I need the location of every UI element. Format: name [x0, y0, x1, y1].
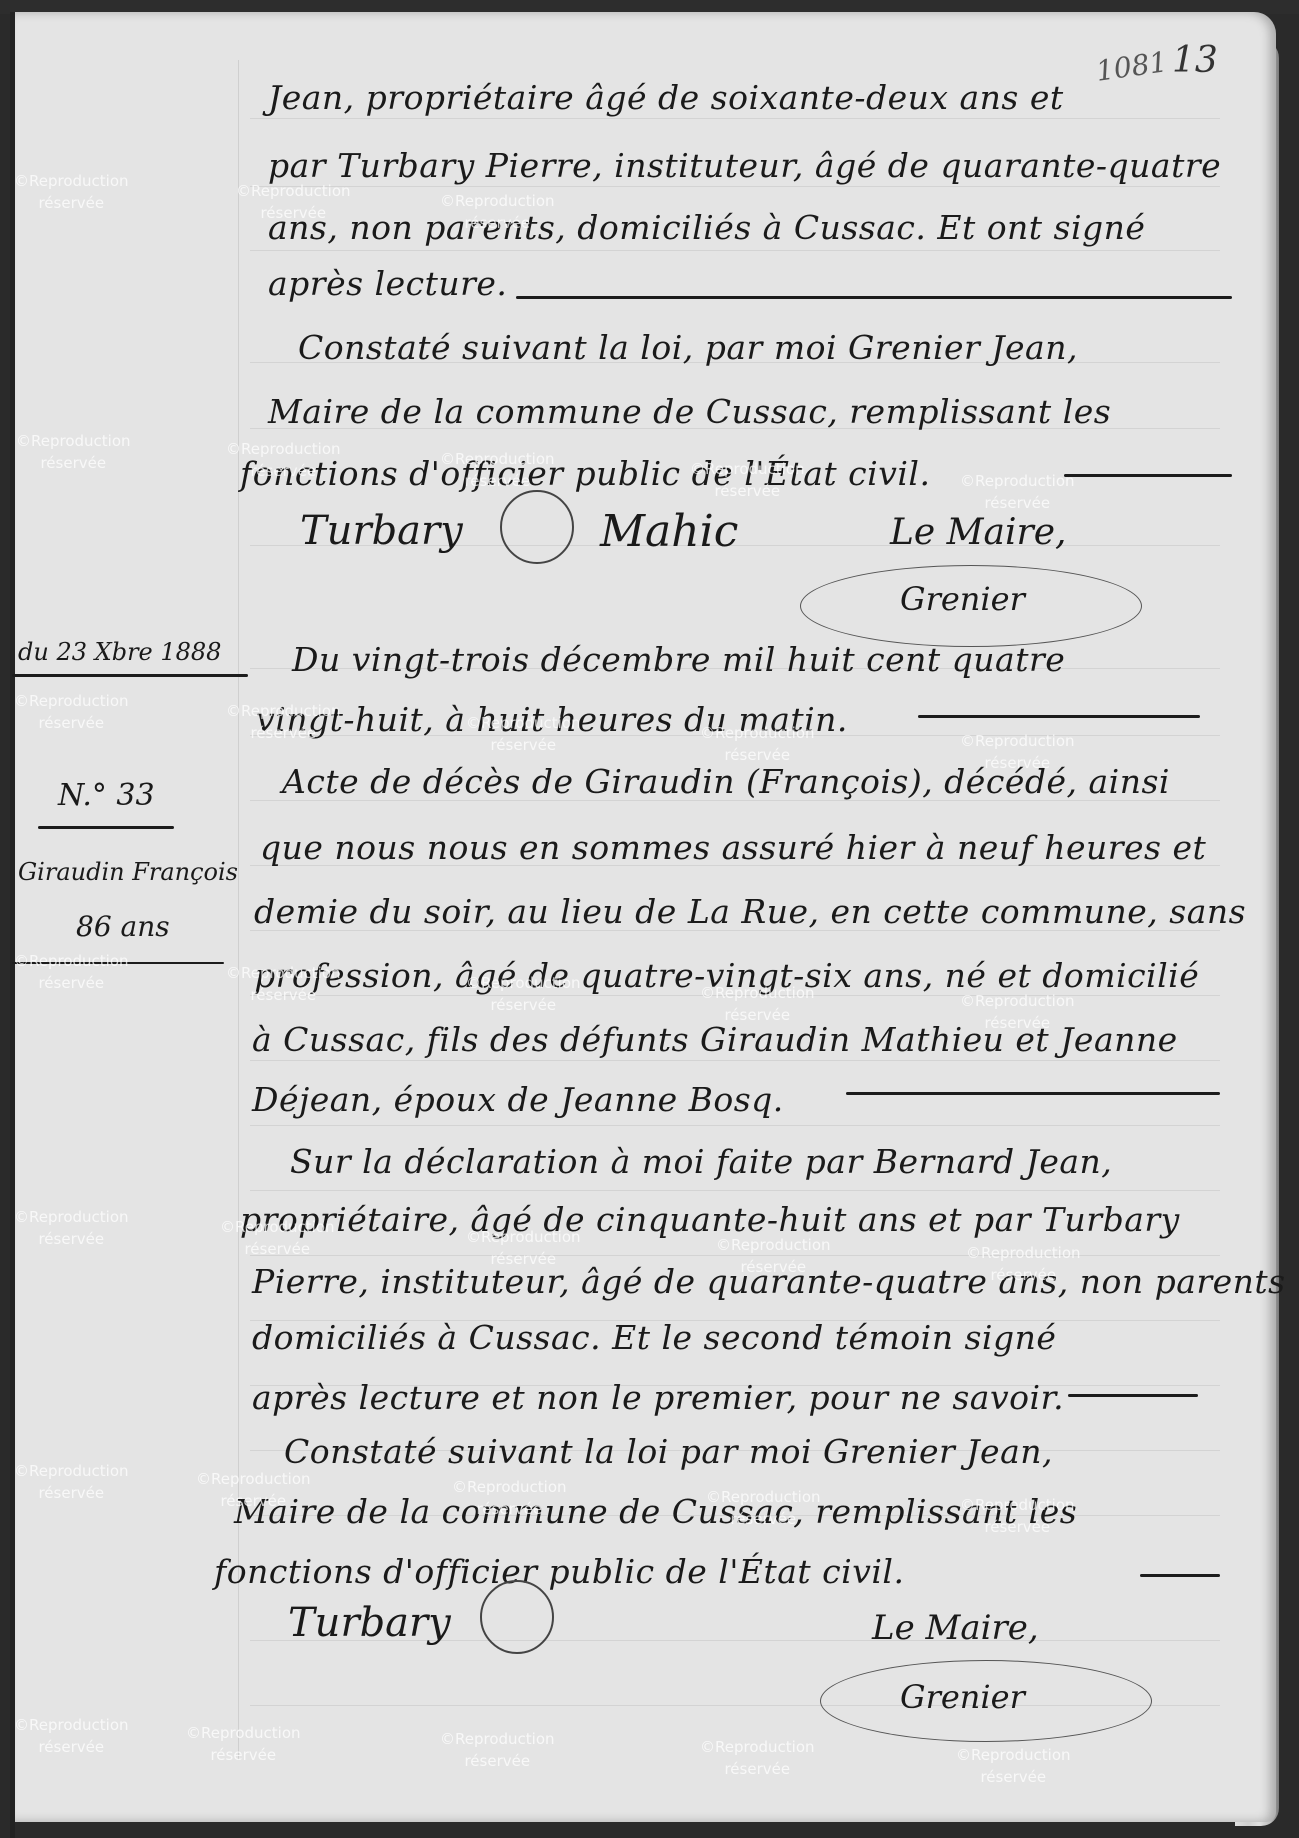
signature-mayor: Grenier	[900, 1678, 1025, 1716]
closing-line-1: Constaté suivant la loi par moi Grenier …	[284, 1432, 1053, 1471]
prev-act-line-1: Jean, propriétaire âgé de soixante-deux …	[268, 78, 1064, 117]
ruled-line	[250, 1060, 1220, 1061]
act-line-3: Acte de décès de Giraudin (François), dé…	[282, 762, 1170, 801]
signature-witness: Turbary	[288, 1600, 451, 1646]
act-line-7: à Cussac, fils des défunts Giraudin Math…	[252, 1020, 1178, 1059]
end-of-text-line	[516, 296, 1232, 299]
margin-deceased-name: Giraudin François	[18, 858, 238, 886]
end-of-text-line	[1064, 474, 1232, 477]
prev-closing-line-1: Constaté suivant la loi, par moi Grenier…	[298, 328, 1078, 367]
prev-act-line-3: ans, non parents, domiciliés à Cussac. E…	[268, 208, 1145, 247]
signature-flourish	[480, 1580, 554, 1654]
binding-margin-line	[10, 12, 15, 1838]
act-line-4: que nous nous en sommes assuré hier à ne…	[260, 828, 1206, 867]
folio-number: 13	[1172, 40, 1218, 81]
act-number-underline	[38, 826, 174, 829]
end-of-text-line	[1068, 1394, 1198, 1397]
act-line-11: Pierre, instituteur, âgé de quarante-qua…	[252, 1262, 1286, 1301]
prev-closing-line-2: Maire de la commune de Cussac, remplissa…	[268, 392, 1111, 431]
margin-act-number: N.° 33	[58, 778, 155, 813]
mayor-title: Le Maire,	[890, 512, 1066, 553]
margin-age: 86 ans	[76, 910, 170, 943]
signature-witness-1: Turbary	[300, 508, 463, 554]
ruled-line	[250, 1190, 1220, 1191]
end-of-text-line	[1140, 1574, 1220, 1577]
act-line-12: domiciliés à Cussac. Et le second témoin…	[252, 1318, 1056, 1357]
ruled-line	[250, 118, 1220, 119]
ruled-line	[250, 250, 1220, 251]
act-line-5: demie du soir, au lieu de La Rue, en cet…	[254, 892, 1246, 931]
prev-act-line-4: après lecture.	[268, 264, 507, 303]
act-line-9: Sur la déclaration à moi faite par Berna…	[290, 1142, 1112, 1181]
signature-mayor: Grenier	[900, 580, 1025, 618]
ruled-line	[250, 1255, 1220, 1256]
ruled-line	[250, 186, 1220, 187]
act-line-2: vingt-huit, à huit heures du matin.	[256, 700, 848, 739]
closing-line-3: fonctions d'officier public de l'État ci…	[214, 1552, 904, 1591]
margin-divider	[12, 674, 248, 677]
margin-divider	[12, 962, 224, 964]
prev-act-line-2: par Turbary Pierre, instituteur, âgé de …	[268, 146, 1221, 185]
signature-witness-2: Mahic	[600, 506, 738, 557]
prev-closing-line-3: fonctions d'officier public de l'État ci…	[240, 454, 930, 493]
mayor-title: Le Maire,	[872, 1608, 1039, 1648]
signature-flourish	[500, 490, 574, 564]
act-line-10: propriétaire, âgé de cinquante-huit ans …	[240, 1200, 1180, 1239]
ruled-line	[250, 995, 1220, 996]
act-line-13: après lecture et non le premier, pour ne…	[252, 1378, 1064, 1417]
margin-date: du 23 Xbre 1888	[18, 638, 221, 666]
end-of-text-line	[846, 1092, 1220, 1095]
act-line-1: Du vingt-trois décembre mil huit cent qu…	[292, 640, 1065, 679]
act-line-8: Déjean, époux de Jeanne Bosq.	[252, 1080, 784, 1119]
act-line-6: profession, âgé de quatre-vingt-six ans,…	[254, 956, 1199, 995]
ruled-line	[250, 1125, 1220, 1126]
closing-line-2: Maire de la commune de Cussac, remplissa…	[234, 1492, 1077, 1531]
end-of-text-line	[918, 715, 1200, 718]
